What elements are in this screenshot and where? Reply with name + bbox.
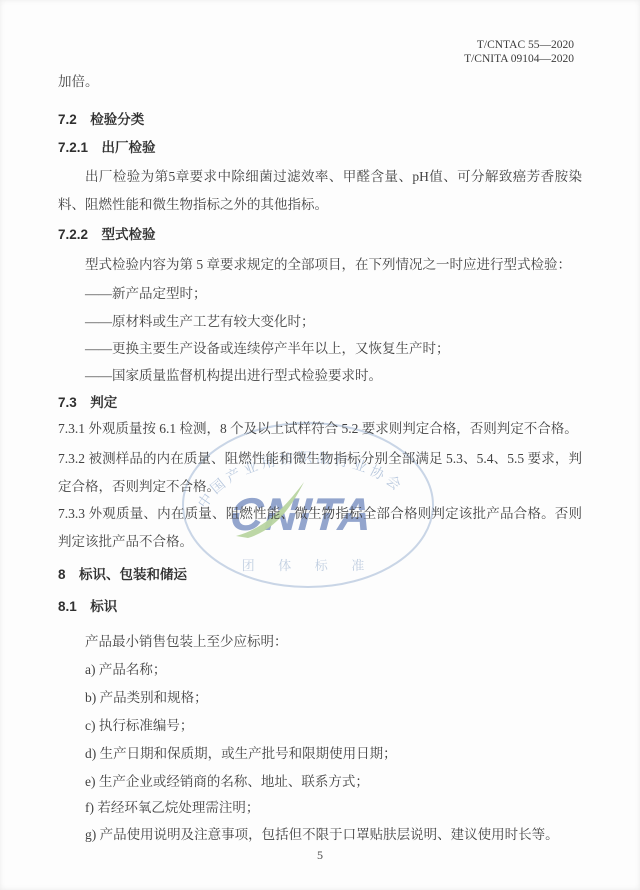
paragraph-7-3-1: 7.3.1 外观质量按 6.1 检测，8 个及以上试样符合 5.2 要求则判定合…	[58, 415, 582, 443]
paragraph-type-inspection: 型式检验内容为第 5 章要求规定的全部项目，在下列情况之一时应进行型式检验：	[58, 251, 582, 279]
dash-item-raw-material: ——原材料或生产工艺有较大变化时；	[85, 308, 582, 336]
list-item-b: b) 产品类别和规格；	[85, 684, 582, 712]
section-heading-7-2: 7.2 检验分类	[58, 106, 582, 134]
paragraph-marking-intro: 产品最小销售包装上至少应标明：	[58, 628, 582, 656]
section-heading-7-3: 7.3 判定	[58, 389, 582, 417]
list-item-f: f) 若经环氧乙烷处理需注明；	[85, 794, 582, 822]
carryover-paragraph: 加倍。	[58, 68, 582, 96]
section-heading-7-2-1: 7.2.1 出厂检验	[58, 134, 582, 162]
dash-item-new-product: ——新产品定型时；	[85, 280, 582, 308]
paragraph-factory-inspection: 出厂检验为第5章要求中除细菌过滤效率、甲醛含量、pH值、可分解致癌芳香胺染料、阻…	[58, 163, 582, 219]
document-body: 加倍。 7.2 检验分类 7.2.1 出厂检验 出厂检验为第5章要求中除细菌过滤…	[0, 0, 640, 890]
list-item-g: g) 产品使用说明及注意事项，包括但不限于口罩贴肤层说明、建议使用时长等。	[85, 821, 582, 849]
page-number: 5	[0, 848, 640, 863]
list-item-d: d) 生产日期和保质期，或生产批号和限期使用日期；	[85, 740, 582, 768]
dash-item-equipment-change: ——更换主要生产设备或连续停产半年以上，又恢复生产时；	[85, 335, 582, 363]
dash-item-authority-request: ——国家质量监督机构提出进行型式检验要求时。	[85, 362, 582, 390]
document-page: 中国产业用纺织品行业协会 CNITA 团 体 标 准 T/CNTAC 55—20…	[0, 0, 640, 890]
paragraph-7-3-3: 7.3.3 外观质量、内在质量、阻燃性能、微生物指标全部合格则判定该批产品合格。…	[58, 500, 582, 556]
list-item-c: c) 执行标准编号；	[85, 712, 582, 740]
list-item-e: e) 生产企业或经销商的名称、地址、联系方式；	[85, 768, 582, 796]
section-heading-8: 8 标识、包装和储运	[58, 561, 582, 589]
section-heading-8-1: 8.1 标识	[58, 593, 582, 621]
section-heading-7-2-2: 7.2.2 型式检验	[58, 221, 582, 249]
paragraph-7-3-2: 7.3.2 被测样品的内在质量、阻燃性能和微生物指标分别全部满足 5.3、5.4…	[58, 445, 582, 501]
list-item-a: a) 产品名称；	[85, 656, 582, 684]
